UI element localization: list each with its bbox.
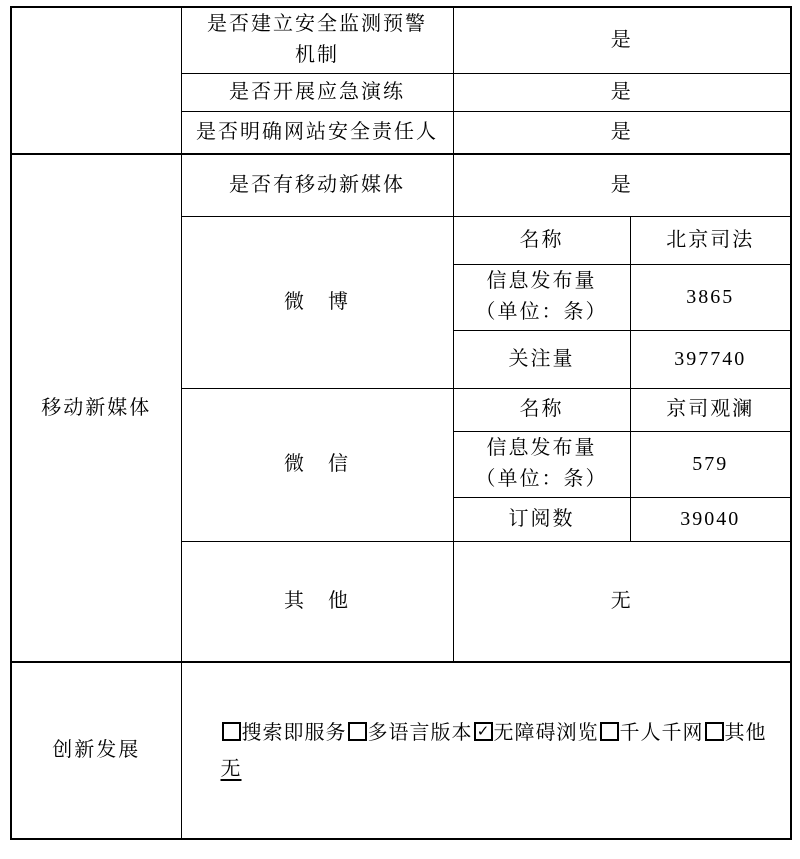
weibo-name-value: 北京司法	[630, 216, 791, 264]
table-row: 移动新媒体 是否有移动新媒体 是	[11, 154, 791, 216]
wechat-posts-label: 信息发布量 （单位：条）	[453, 431, 630, 497]
security-monitoring-label: 是否建立安全监测预警 机制	[181, 7, 453, 73]
checkbox-search-as-service-label: 搜索即服务	[242, 722, 347, 744]
weibo-name-label: 名称	[453, 216, 630, 264]
weibo-label: 微 博	[181, 216, 453, 388]
table-row: 是否建立安全监测预警 机制 是	[11, 7, 791, 73]
innovation-other-value: 无	[221, 758, 242, 780]
report-table: 是否建立安全监测预警 机制 是 是否开展应急演练 是 是否明确网站安全责任人 是…	[10, 6, 792, 840]
wechat-name-value: 京司观澜	[630, 388, 791, 431]
weibo-followers-label: 关注量	[453, 330, 630, 388]
has-mobile-media-label: 是否有移动新媒体	[181, 154, 453, 216]
report-page: { "colors": { "background": "#ffffff", "…	[0, 0, 800, 859]
wechat-label: 微 信	[181, 388, 453, 541]
weibo-followers-value: 397740	[630, 330, 791, 388]
checkbox-multilingual-label: 多语言版本	[368, 722, 473, 744]
other-media-value: 无	[453, 541, 791, 662]
wechat-name-label: 名称	[453, 388, 630, 431]
innovation-other-line: 无	[221, 751, 791, 787]
wechat-subscribers-label: 订阅数	[453, 497, 630, 541]
wechat-posts-value: 579	[630, 431, 791, 497]
emergency-drill-value: 是	[453, 73, 791, 111]
mobile-media-section-label: 移动新媒体	[11, 154, 181, 662]
innovation-options-line: 搜索即服务多语言版本✓无障碍浏览千人千网其他	[221, 715, 791, 751]
checkbox-qianren-qianwang-label: 千人千网	[620, 722, 704, 744]
checkbox-accessibility-icon[interactable]: ✓	[474, 722, 493, 741]
security-responsible-label: 是否明确网站安全责任人	[181, 111, 453, 154]
checkbox-qianren-qianwang-icon[interactable]	[600, 722, 619, 741]
empty-corner-cell	[11, 7, 181, 154]
innovation-section-label: 创新发展	[11, 662, 181, 839]
wechat-subscribers-value: 39040	[630, 497, 791, 541]
weibo-posts-label: 信息发布量 （单位：条）	[453, 264, 630, 330]
security-responsible-value: 是	[453, 111, 791, 154]
checkbox-search-as-service-icon[interactable]	[222, 722, 241, 741]
security-monitoring-value: 是	[453, 7, 791, 73]
has-mobile-media-value: 是	[453, 154, 791, 216]
checkbox-other-label: 其他	[725, 722, 767, 744]
checkbox-multilingual-icon[interactable]	[348, 722, 367, 741]
emergency-drill-label: 是否开展应急演练	[181, 73, 453, 111]
checkbox-accessibility-label: 无障碍浏览	[494, 722, 599, 744]
weibo-posts-value: 3865	[630, 264, 791, 330]
checkbox-other-icon[interactable]	[705, 722, 724, 741]
innovation-content-cell: 搜索即服务多语言版本✓无障碍浏览千人千网其他 无	[181, 662, 791, 839]
other-media-label: 其 他	[181, 541, 453, 662]
table-row: 创新发展 搜索即服务多语言版本✓无障碍浏览千人千网其他 无	[11, 662, 791, 839]
